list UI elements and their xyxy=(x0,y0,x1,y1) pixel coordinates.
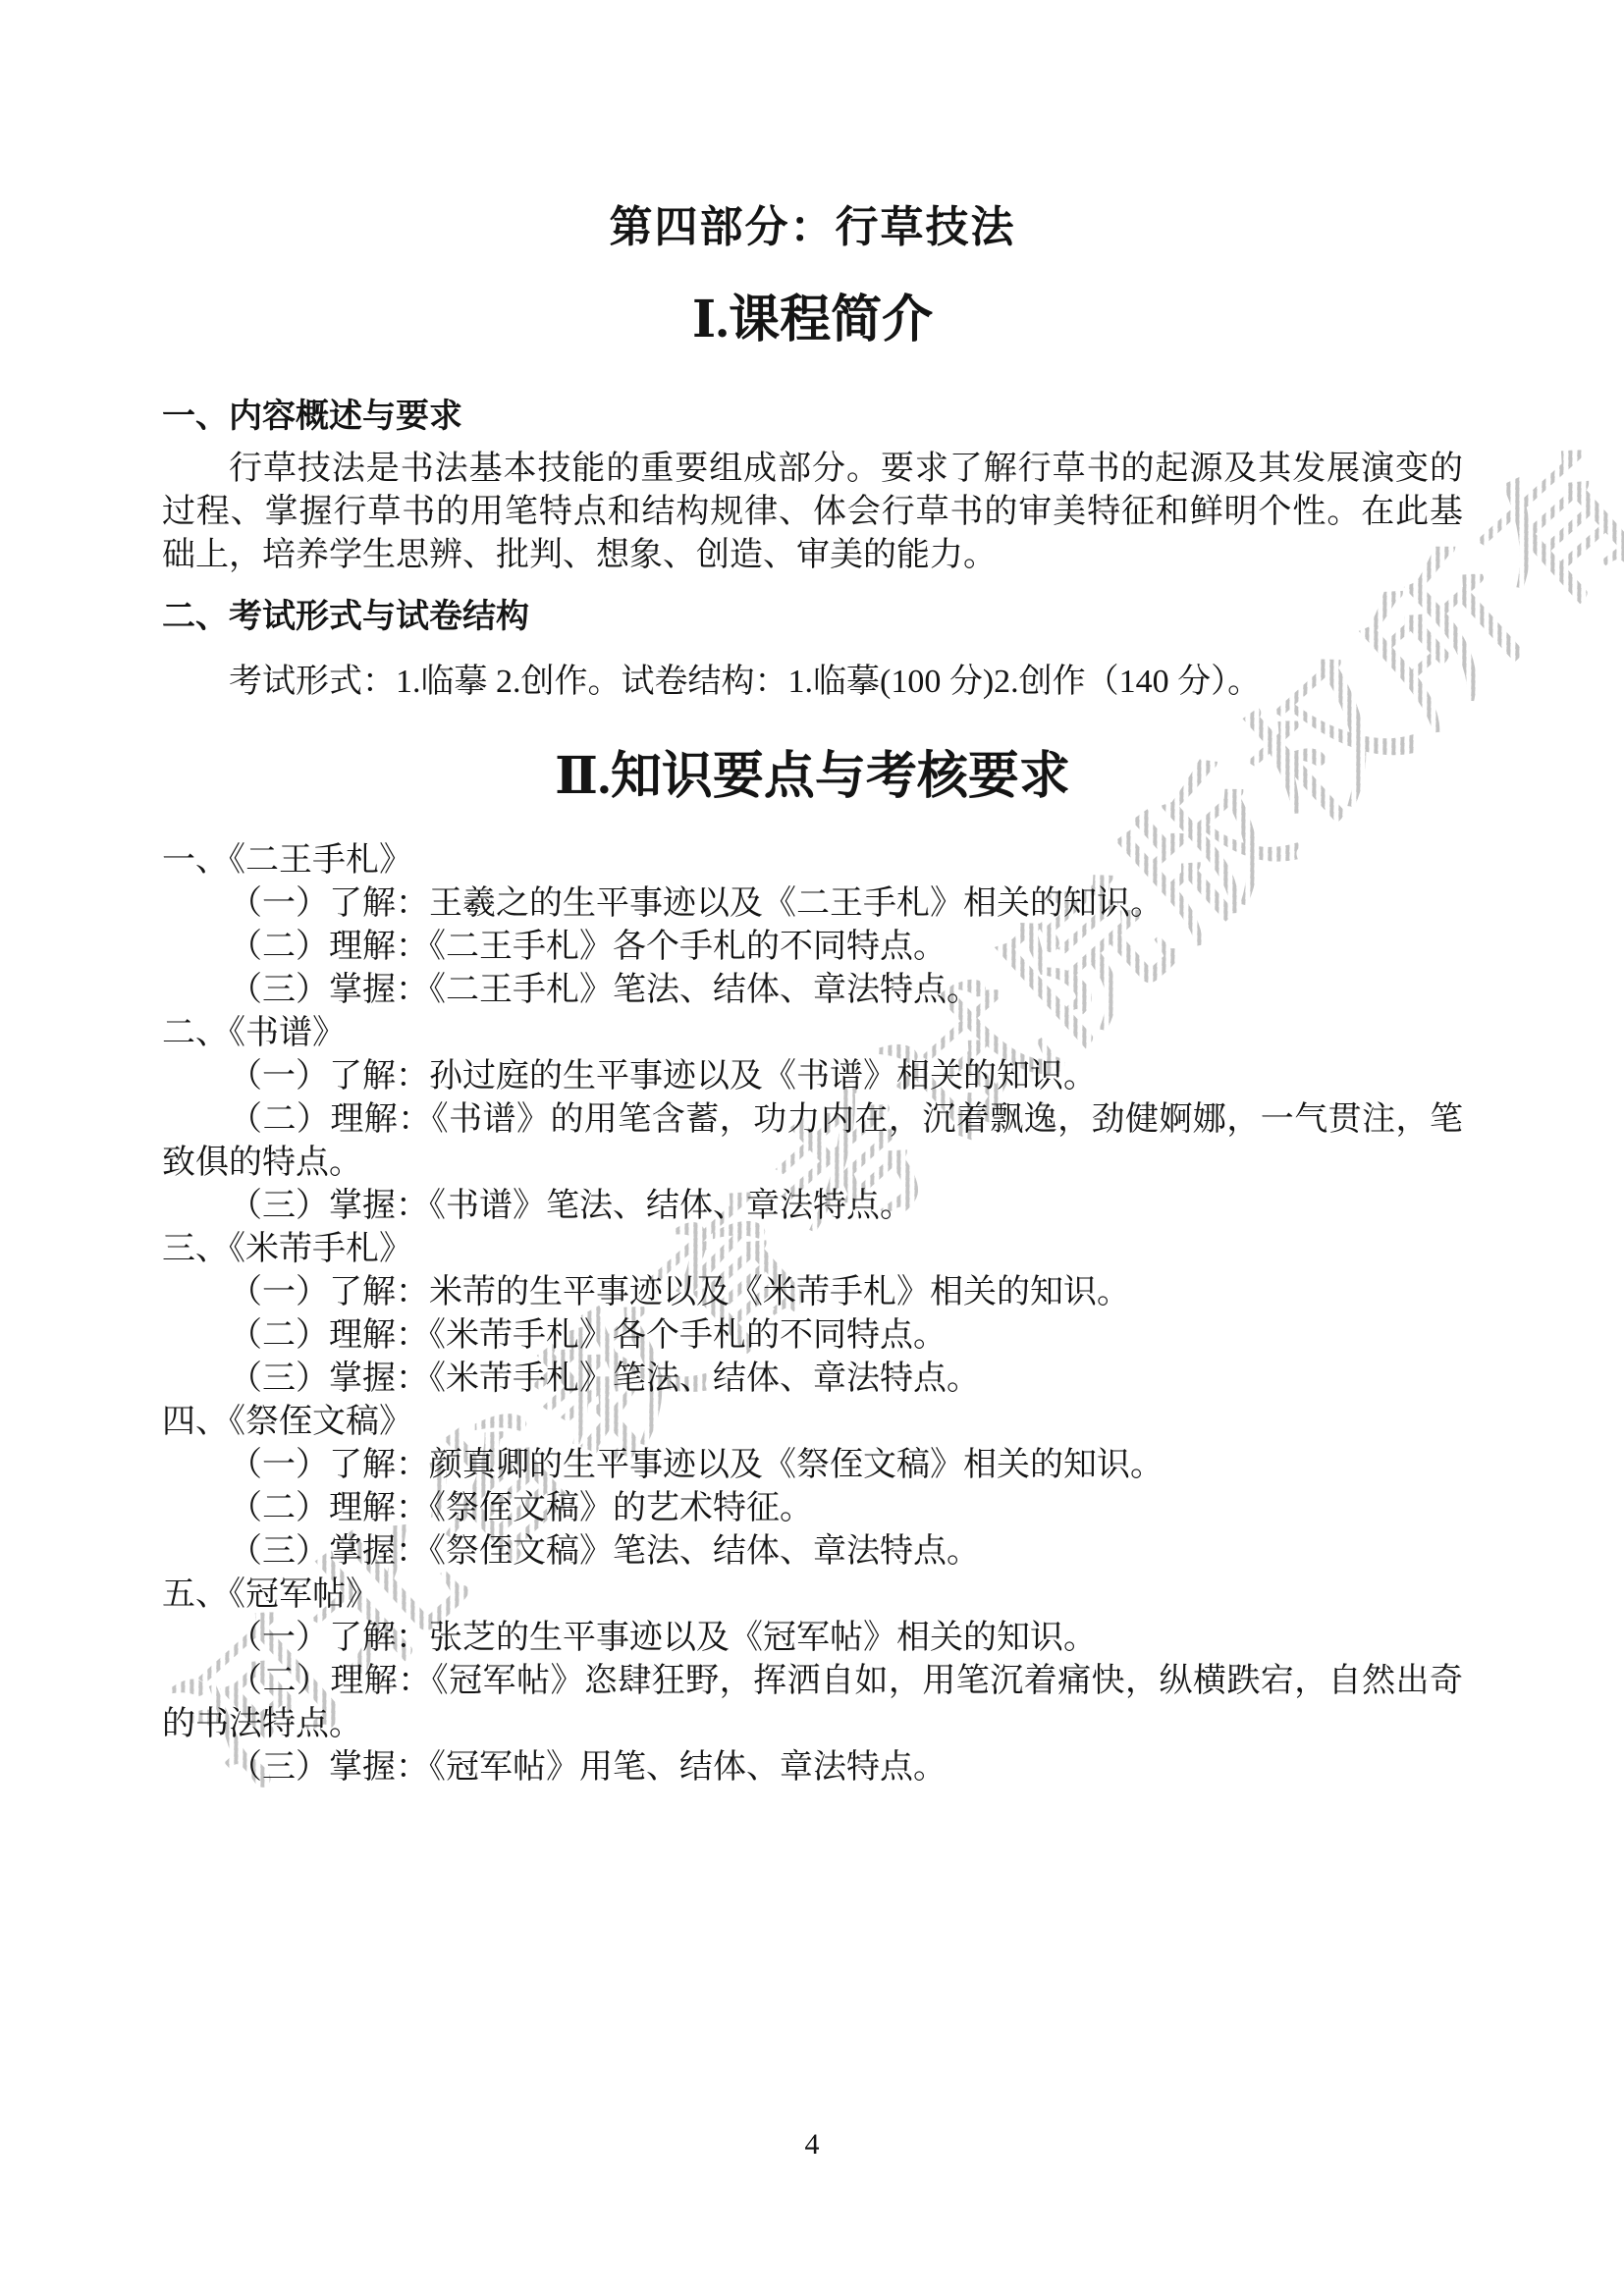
outline-item-label: 五、《冠军帖》 xyxy=(162,1574,1463,1617)
outline-point: （三）掌握：《米芾手札》笔法、结体、章法特点。 xyxy=(162,1358,1463,1401)
outline-point: （一）了解：颜真卿的生平事迹以及《祭侄文稿》相关的知识。 xyxy=(162,1444,1463,1487)
outline-item: 五、《冠军帖》 （一）了解：张芝的生平事迹以及《冠军帖》相关的知识。 （二）理解… xyxy=(162,1574,1463,1789)
outline-item: 二、《书谱》 （一）了解：孙过庭的生平事迹以及《书谱》相关的知识。 （二）理解：… xyxy=(162,1012,1463,1228)
outline-item-label: 三、《米芾手札》 xyxy=(162,1228,1463,1271)
part-title: 第四部分：行草技法 xyxy=(162,198,1463,257)
knowledge-outline: 一、《二王手札》 （一）了解：王羲之的生平事迹以及《二王手札》相关的知识。 （二… xyxy=(162,839,1463,1789)
outline-item: 一、《二王手札》 （一）了解：王羲之的生平事迹以及《二王手札》相关的知识。 （二… xyxy=(162,839,1463,1012)
outline-item-label: 二、《书谱》 xyxy=(162,1012,1463,1055)
outline-point: （一）了解：王羲之的生平事迹以及《二王手札》相关的知识。 xyxy=(162,882,1463,926)
outline-item-label: 四、《祭侄文稿》 xyxy=(162,1401,1463,1444)
page-number: 4 xyxy=(0,2128,1624,2162)
outline-point: （二）理解：《冠军帖》恣肆狂野，挥洒自如，用笔沉着痛快，纵横跌宕，自然出奇的书法… xyxy=(162,1660,1463,1746)
outline-point: （二）理解：《书谱》的用笔含蓄，功力内在，沉着飘逸，劲健婀娜，一气贯注，笔致俱的… xyxy=(162,1098,1463,1185)
outline-point: （一）了解：米芾的生平事迹以及《米芾手札》相关的知识。 xyxy=(162,1271,1463,1314)
outline-point: （一）了解：张芝的生平事迹以及《冠军帖》相关的知识。 xyxy=(162,1617,1463,1660)
paragraph-content-overview: 行草技法是书法基本技能的重要组成部分。要求了解行草书的起源及其发展演变的过程、掌… xyxy=(162,448,1463,577)
outline-point: （三）掌握：《祭侄文稿》笔法、结体、章法特点。 xyxy=(162,1530,1463,1574)
outline-item: 三、《米芾手札》 （一）了解：米芾的生平事迹以及《米芾手札》相关的知识。 （二）… xyxy=(162,1228,1463,1401)
section-heading-knowledge-points: Ⅱ.知识要点与考核要求 xyxy=(162,743,1463,812)
subsection-heading-exam-format: 二、考试形式与试卷结构 xyxy=(162,595,1463,638)
outline-point: （三）掌握：《冠军帖》用笔、结体、章法特点。 xyxy=(162,1746,1463,1789)
outline-item-label: 一、《二王手札》 xyxy=(162,839,1463,882)
outline-point: （一）了解：孙过庭的生平事迹以及《书谱》相关的知识。 xyxy=(162,1055,1463,1098)
document-content: 第四部分：行草技法 Ⅰ.课程简介 一、内容概述与要求 行草技法是书法基本技能的重… xyxy=(162,0,1463,1789)
outline-point: （二）理解：《二王手札》各个手札的不同特点。 xyxy=(162,926,1463,969)
paragraph-exam-format: 考试形式：1.临摹 2.创作。试卷结构：1.临摹(100 分)2.创作（140 … xyxy=(162,660,1463,704)
outline-item: 四、《祭侄文稿》 （一）了解：颜真卿的生平事迹以及《祭侄文稿》相关的知识。 （二… xyxy=(162,1401,1463,1574)
outline-point: （二）理解：《祭侄文稿》的艺术特征。 xyxy=(162,1487,1463,1530)
outline-point: （二）理解：《米芾手札》各个手札的不同特点。 xyxy=(162,1314,1463,1358)
document-page: 河北省教育考试院版权所有 第四部分：行草技法 Ⅰ.课程简介 一、内容概述与要求 … xyxy=(0,0,1624,2296)
section-heading-course-intro: Ⅰ.课程简介 xyxy=(162,287,1463,355)
outline-point: （三）掌握：《二王手札》笔法、结体、章法特点。 xyxy=(162,969,1463,1012)
subsection-heading-content-overview: 一、内容概述与要求 xyxy=(162,395,1463,438)
outline-point: （三）掌握：《书谱》笔法、结体、章法特点。 xyxy=(162,1185,1463,1228)
